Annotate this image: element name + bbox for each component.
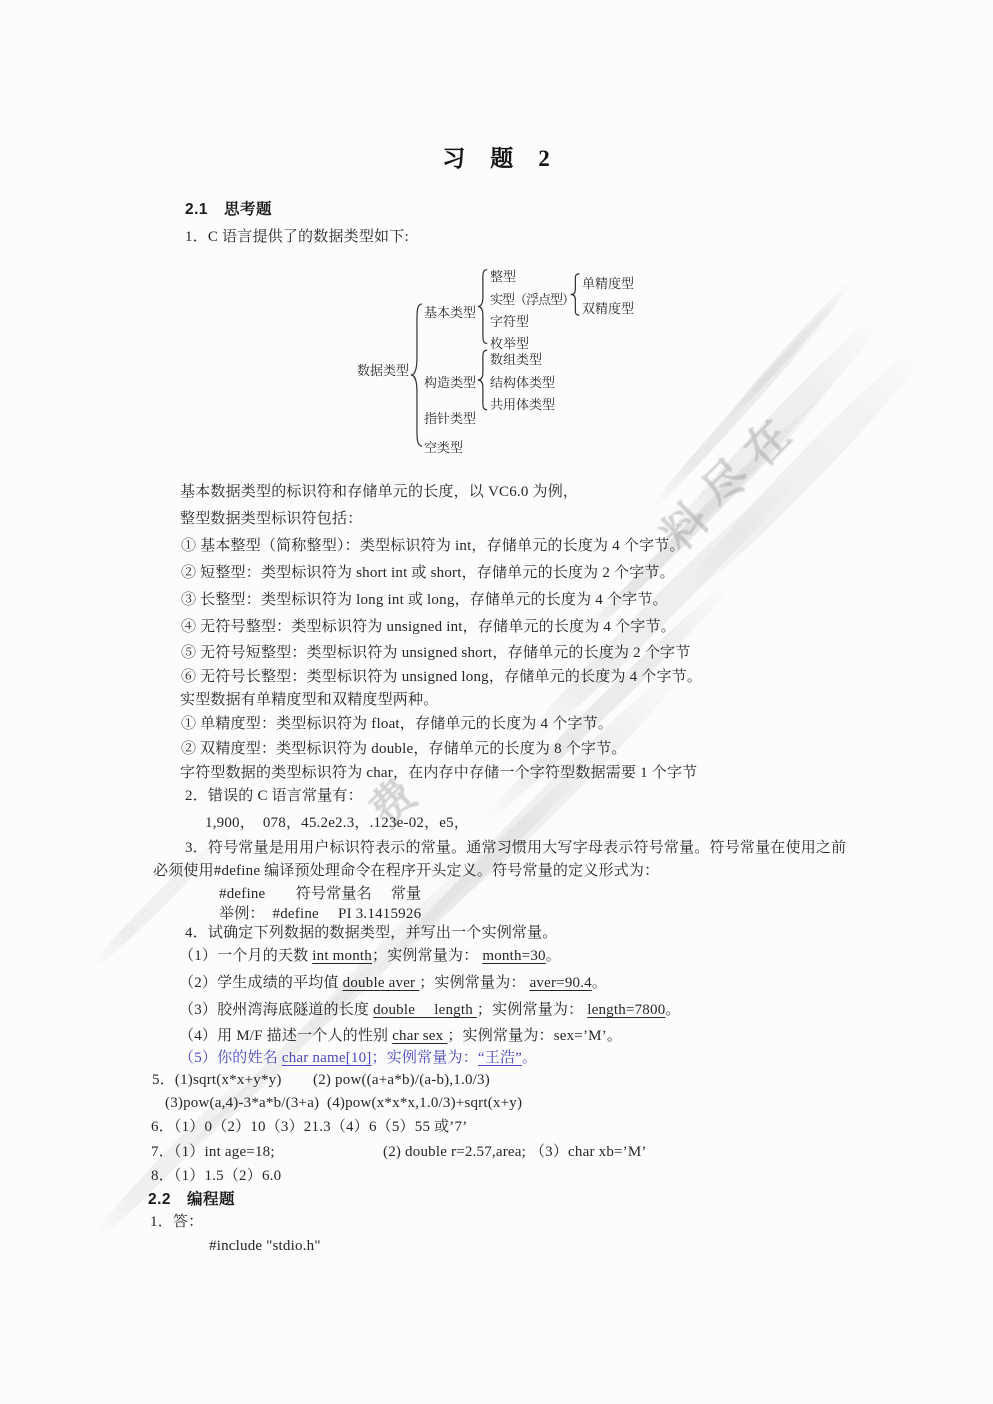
diagram-real-label: 实型（浮点型） <box>490 292 574 307</box>
diagram-union-label: 共用体类型 <box>490 397 555 412</box>
diagram-brace-construct <box>477 349 488 411</box>
q4-item-text: （4）用 M/F 描述一个人的性别 <box>179 1028 392 1044</box>
programming-1-intro: 1．答： <box>150 1213 203 1232</box>
q4-item-text: （3）胶州湾海底隧道的长度 <box>179 1002 373 1018</box>
int-item-4: ④ 无符号整型：类型标识符为 unsigned int，存储单元的长度为 4 个… <box>181 618 676 637</box>
real-item-2: ② 双精度型：类型标识符为 double，存储单元的长度为 8 个字节。 <box>181 740 627 759</box>
para-real: 实型数据有单精度型和双精度型两种。 <box>180 691 438 710</box>
para-char: 字符型数据的类型标识符为 char，在内存中存储一个字符型数据需要 1 个字节 <box>180 764 697 783</box>
question-2-answer: 1,900， 078，45.2e2.3，.123e-02，e5， <box>205 814 469 833</box>
para-int-header: 整型数据类型标识符包括： <box>180 510 362 529</box>
q5-expr-3: (3)pow(a,4)-3*a*b/(3+a) <box>165 1094 327 1113</box>
q5-expr-2: (2) pow((a+a*b)/(a-b),1.0/3) <box>313 1072 490 1088</box>
programming-1-code: #include "stdio.h" <box>209 1237 321 1256</box>
question-3-define-form: #define 符号常量名 常量 <box>219 885 421 904</box>
diagram-pointer-type-label: 指针类型 <box>424 411 476 426</box>
q4-item-value: month=30 <box>482 948 545 964</box>
diagram-void-type-label: 空类型 <box>424 440 463 455</box>
diagram-char-label: 字符型 <box>490 314 529 329</box>
q4-item-declaration: int month <box>312 948 372 964</box>
diagram-brace-basic <box>477 268 488 345</box>
q4-item-text: （5）你的姓名 <box>179 1050 282 1066</box>
q4-item-declaration: char sex <box>392 1028 447 1044</box>
question-3-line1: 3．符号常量是用用户标识符表示的常量。通常习惯用大写字母表示符号常量。符号常量在… <box>185 839 846 858</box>
q4-item-text: （2）学生成绩的平均值 <box>179 975 343 991</box>
q7-part-2: (2) double r=2.57,area; （3）char xb=’M’ <box>383 1144 647 1160</box>
q4-item-value: aver=90.4 <box>530 975 592 991</box>
q4-item-4: （4）用 M/F 描述一个人的性别 char sex ；实例常量为：sex=’M… <box>179 1027 622 1046</box>
diagram-enum-label: 枚举型 <box>490 336 529 351</box>
q4-item-declaration: double length <box>373 1002 477 1018</box>
q4-item-3: （3）胶州湾海底隧道的长度 double length ；实例常量为： leng… <box>179 1001 681 1020</box>
section-heading-2-1: 2.1 思考题 <box>185 200 272 219</box>
q5-expr-1: 5．(1)sqrt(x*x+y*y) <box>152 1071 313 1090</box>
diagram-double-precision-label: 双精度型 <box>582 301 634 316</box>
q4-item-text: ；实例常量为： <box>419 975 529 991</box>
diagram-brace-float <box>570 273 580 316</box>
q4-item-text: ；实例常量为： <box>372 1050 478 1066</box>
q4-item-text: 。 <box>592 975 607 991</box>
diagram-int-label: 整型 <box>490 269 516 284</box>
q4-item-text: 。 <box>665 1002 680 1018</box>
diagram-struct-label: 结构体类型 <box>490 375 555 390</box>
diagram-basic-type-label: 基本类型 <box>424 305 476 320</box>
question-4-intro: 4．试确定下列数据的数据类型，并写出一个实例常量。 <box>185 924 558 943</box>
int-item-1: ① 基本整型（简称整型）：类型标识符为 int，存储单元的长度为 4 个字节。 <box>181 537 685 556</box>
int-item-3: ③ 长整型：类型标识符为 long int 或 long，存储单元的长度为 4 … <box>181 591 668 610</box>
q4-item-2: （2）学生成绩的平均值 double aver ；实例常量为： aver=90.… <box>179 974 607 993</box>
diagram-array-label: 数组类型 <box>490 352 542 367</box>
q4-item-declaration: double aver <box>343 975 420 991</box>
q4-item-text: ；实例常量为： <box>372 948 482 964</box>
diagram-brace-root <box>410 301 423 449</box>
question-1-intro: 1．C 语言提供了的数据类型如下: <box>185 228 409 247</box>
q4-item-value: “王浩” <box>478 1050 522 1066</box>
q7-part-1: 7．（1）int age=18; <box>151 1143 383 1162</box>
question-8-answer: 8．（1）1.5（2）6.0 <box>151 1167 281 1186</box>
section-heading-2-2: 2.2 编程题 <box>148 1190 235 1209</box>
question-5-line1: 5．(1)sqrt(x*x+y*y)(2) pow((a+a*b)/(a-b),… <box>152 1071 490 1090</box>
q4-item-text: ；实例常量为： <box>477 1002 587 1018</box>
q4-item-value: length=7800 <box>587 1002 665 1018</box>
question-5-line2: (3)pow(a,4)-3*a*b/(3+a)(4)pow(x*x*x,1.0/… <box>165 1094 522 1113</box>
int-item-2: ② 短整型：类型标识符为 short int 或 short，存储单元的长度为 … <box>181 564 675 583</box>
q4-item-text: ；实例常量为：sex=’M’。 <box>447 1028 622 1044</box>
q4-item-1: （1）一个月的天数 int month；实例常量为： month=30。 <box>179 947 561 966</box>
q5-expr-4: (4)pow(x*x*x,1.0/3)+sqrt(x+y) <box>327 1095 522 1111</box>
q4-item-5: （5）你的姓名 char name[10]；实例常量为：“王浩”。 <box>179 1049 537 1068</box>
page-title: 习 题 2 <box>0 140 993 173</box>
question-7-answer: 7．（1）int age=18;(2) double r=2.57,area; … <box>151 1143 647 1162</box>
q4-item-text: 。 <box>546 948 561 964</box>
question-3-line2: 必须使用#define 编译预处理命令在程序开头定义。符号常量的定义形式为： <box>153 862 659 881</box>
q4-item-text: （1）一个月的天数 <box>179 948 312 964</box>
q4-item-text: 。 <box>522 1050 537 1066</box>
diagram-single-precision-label: 单精度型 <box>582 276 634 291</box>
diagram-root-label: 数据类型 <box>357 363 409 378</box>
int-item-6: ⑥ 无符号长整型：类型标识符为 unsigned long，存储单元的长度为 4… <box>181 668 702 687</box>
diagram-construct-type-label: 构造类型 <box>424 375 476 390</box>
q4-item-declaration: char name[10] <box>282 1050 372 1066</box>
real-item-1: ① 单精度型：类型标识符为 float，存储单元的长度为 4 个字节。 <box>181 715 613 734</box>
question-6-answer: 6．（1）0（2）10（3）21.3（4）6（5）55 或’7’ <box>151 1118 467 1137</box>
para-vc60: 基本数据类型的标识符和存储单元的长度，以 VC6.0 为例， <box>180 483 578 502</box>
question-2-intro: 2．错误的 C 语言常量有： <box>185 787 363 806</box>
document-page: 费 料 尽 在 习 题 2 2.1 思考题 1．C 语言提供了的数据类型如下: … <box>0 0 993 1404</box>
int-item-5: ⑤ 无符号短整型：类型标识符为 unsigned short，存储单元的长度为 … <box>181 644 690 663</box>
question-3-example: 举例： #define PI 3.1415926 <box>219 905 421 924</box>
